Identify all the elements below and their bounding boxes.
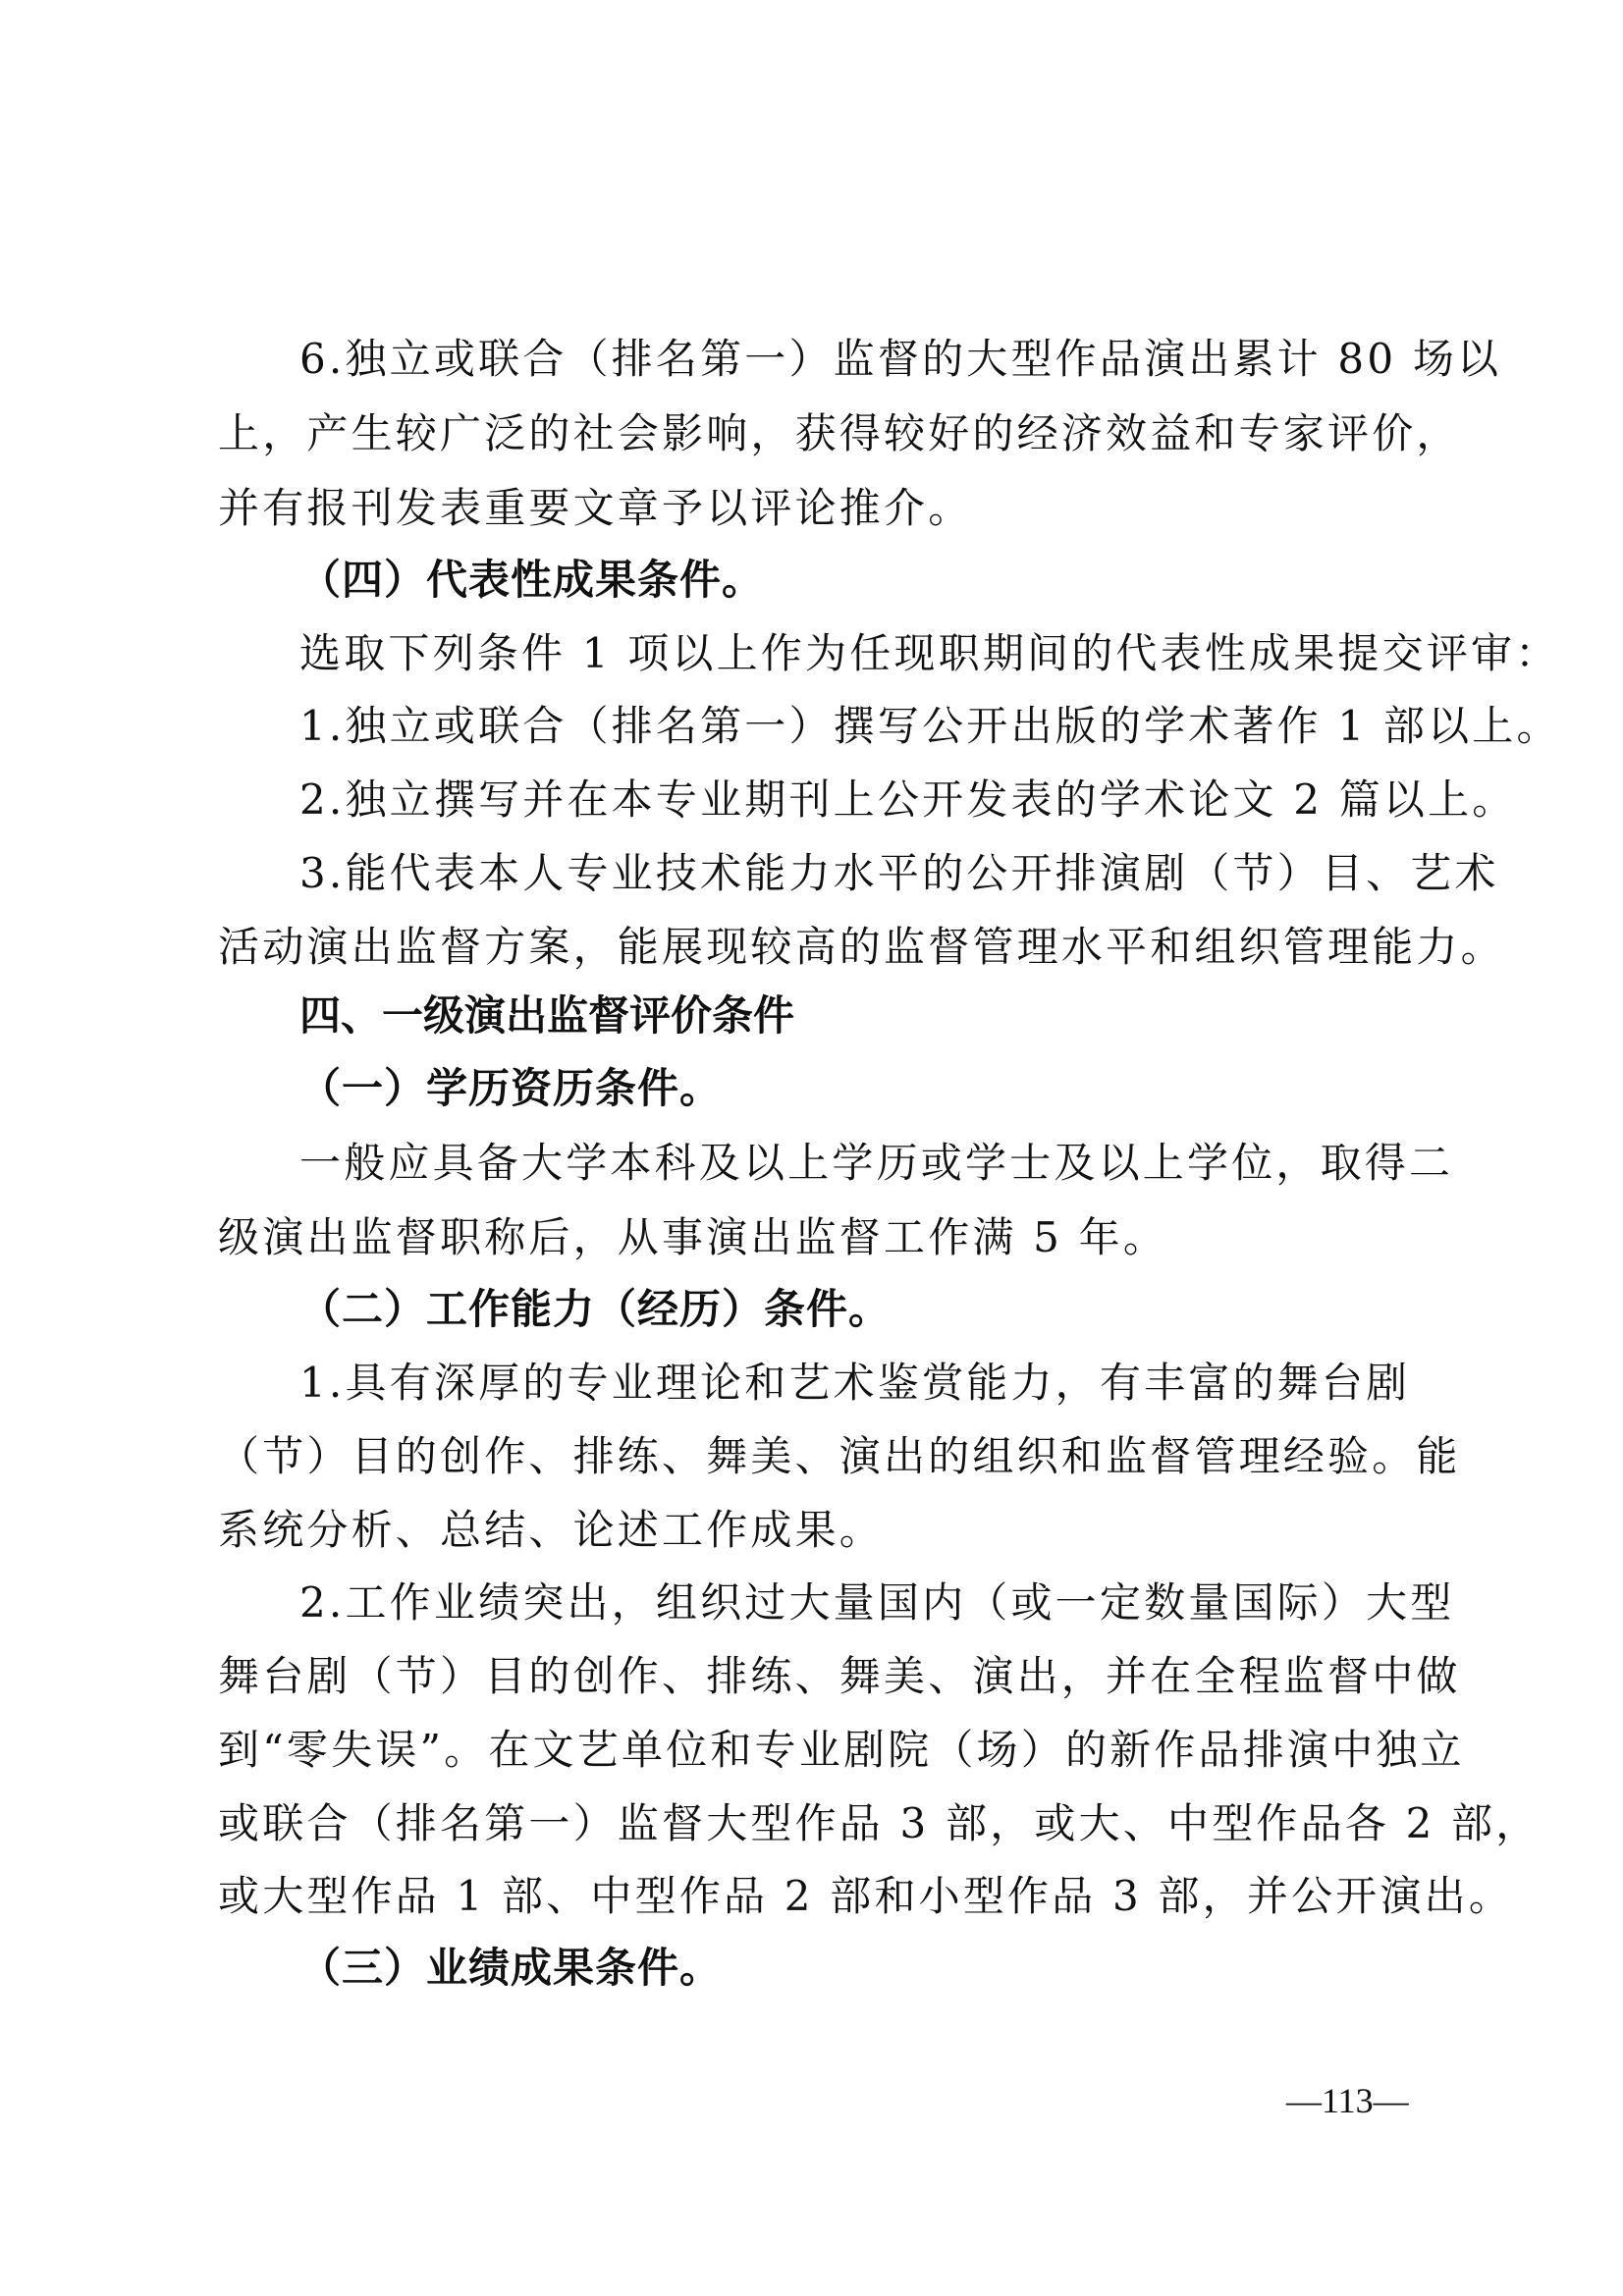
paragraph-line: 或大型作品 1 部、中型作品 2 部和小型作品 3 部，并公开演出。 [218, 1869, 1435, 1924]
list-item: 1.独立或联合（排名第一）撰写公开出版的学术著作 1 部以上。 [299, 699, 1517, 754]
list-item: 3.能代表本人专业技术能力水平的公开排演剧（节）目、艺术 [299, 846, 1517, 901]
document-page: 6.独立或联合（排名第一）监督的大型作品演出累计 80 场以 上，产生较广泛的社… [0, 0, 1623, 2296]
section-subheading: （二）工作能力（经历）条件。 [299, 1282, 1517, 1337]
paragraph-line: 级演出监督职称后，从事演出监督工作满 5 年。 [218, 1210, 1435, 1265]
list-item: 1.具有深厚的专业理论和艺术鉴赏能力，有丰富的舞台剧 [299, 1356, 1517, 1411]
section-subheading: （三）业绩成果条件。 [299, 1941, 1517, 1996]
section-subheading: （一）学历资历条件。 [299, 1061, 1517, 1116]
paragraph-line: 选取下列条件 1 项以上作为任现职期间的代表性成果提交评审： [299, 626, 1517, 681]
paragraph-line: 系统分析、总结、论述工作成果。 [218, 1503, 1435, 1558]
paragraph-line: 到“零失误”。在文艺单位和专业剧院（场）的新作品排演中独立 [218, 1723, 1435, 1778]
page-number: —113— [1286, 2079, 1409, 2122]
paragraph-line: 上，产生较广泛的社会影响，获得较好的经济效益和专家评价， [218, 406, 1435, 461]
section-heading: 四、一级演出监督评价条件 [299, 988, 1517, 1043]
paragraph-line: （节）目的创作、排练、舞美、演出的组织和监督管理经验。能 [218, 1429, 1435, 1484]
list-item: 2.工作业绩突出，组织过大量国内（或一定数量国际）大型 [299, 1575, 1517, 1630]
paragraph-line: 或联合（排名第一）监督大型作品 3 部，或大、中型作品各 2 部， [218, 1796, 1435, 1851]
list-item: 2.独立撰写并在本专业期刊上公开发表的学术论文 2 篇以上。 [299, 773, 1517, 828]
paragraph-line: 舞台剧（节）目的创作、排练、舞美、演出，并在全程监督中做 [218, 1649, 1435, 1704]
section-subheading: （四）代表性成果条件。 [299, 553, 1517, 608]
paragraph-line: 活动演出监督方案，能展现较高的监督管理水平和组织管理能力。 [218, 920, 1435, 975]
paragraph-line: 6.独立或联合（排名第一）监督的大型作品演出累计 80 场以 [299, 332, 1517, 387]
paragraph-line: 一般应具备大学本科及以上学历或学士及以上学位，取得二 [299, 1136, 1517, 1191]
paragraph-line: 并有报刊发表重要文章予以评论推介。 [218, 481, 1435, 536]
